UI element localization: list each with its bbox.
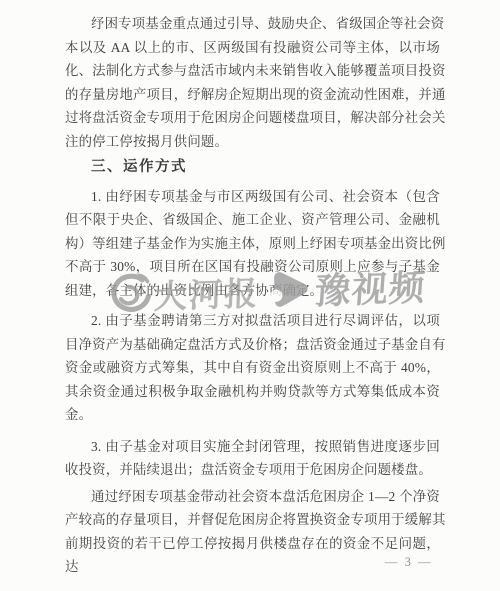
heading-line: 三、运作方式 [65,156,440,180]
text-line: 前期投资的若干已停工停按揭月供楼盘存在的资金不足问题，达 [65,532,440,556]
text-line: 产较高的存量项目，并督促危困房企将置换资金专项用于缓解其 [65,508,440,532]
text-line: 构）等组建子基金作为实施主体，原则上纾困专项基金出资比例 [65,232,440,256]
text-line: 本以及 AA 以上的市、区两级国有投融资公司等主体，以市场 [65,36,440,60]
text-line: 资金或融资方式筹集，其中自有资金出资原则上不高于 40%， [65,356,440,380]
text-line: 过将盘活资金专项用于危困房企问题楼盘项目，解决部分社会关 [65,106,440,130]
page-number: — 3 — [385,555,433,570]
paragraph: 纾困专项基金重点通过引导、鼓励央企、省级国企等社会资本以及 AA 以上的市、区两… [65,12,440,153]
text-line: 纾困专项基金重点通过引导、鼓励央企、省级国企等社会资 [65,12,440,36]
text-line: 不高于 30%，项目所在区国有投融资公司原则上应参与子基金 [65,255,440,279]
text-line: 化、法制化方式参与盘活市域内未来销售收入能够覆盖项目投资 [65,59,440,83]
paragraph: 通过纾困专项基金带动社会资本盘活危困房企 1—2 个净资产较高的存量项目，并督促… [65,485,440,556]
paragraph: 3. 由子基金对项目实施全封闭管理，按照销售进度逐步回收投资，并陆续退出；盘活资… [65,435,440,482]
text-line: 收投资，并陆续退出；盘活资金专项用于危困房企问题楼盘。 [65,458,440,482]
text-line: 3. 由子基金对项目实施全封闭管理，按照销售进度逐步回 [65,435,440,459]
paragraph: 1. 由纾困专项基金与市区两级国有公司、社会资本（包含但不限于央企、省级国企、施… [65,185,440,303]
text-line: 2. 由子基金聘请第三方对拟盘活项目进行尽调评估，以项 [65,309,440,333]
text-line: 注的停工停按揭月供问题。 [65,130,440,154]
text-line: 但不限于央企、省级国企、施工企业、资产管理公司、金融机 [65,208,440,232]
text-line: 通过纾困专项基金带动社会资本盘活危困房企 1—2 个净资 [65,485,440,509]
text-line: 1. 由纾困专项基金与市区两级国有公司、社会资本（包含 [65,185,440,209]
text-line: 目净资产为基础确定盘活方式及价格；盘活资金通过子基金自有 [65,333,440,357]
text-line: 的存量房地产项目，纾解房企短期出现的资金流动性困难，并通 [65,83,440,107]
section-heading: 三、运作方式 [65,156,440,180]
paragraph: 2. 由子基金聘请第三方对拟盘活项目进行尽调评估，以项目净资产为基础确定盘活方式… [65,309,440,427]
text-line: 组建，各主体的出资比例由各方协商确定。 [65,279,440,303]
document-body: 纾困专项基金重点通过引导、鼓励央企、省级国企等社会资本以及 AA 以上的市、区两… [65,12,440,555]
document-page: 纾困专项基金重点通过引导、鼓励央企、省级国企等社会资本以及 AA 以上的市、区两… [0,0,500,591]
text-line: 金。 [65,403,440,427]
text-line: 其余资金通过积极争取金融机构并购贷款等方式筹集低成本资 [65,380,440,404]
